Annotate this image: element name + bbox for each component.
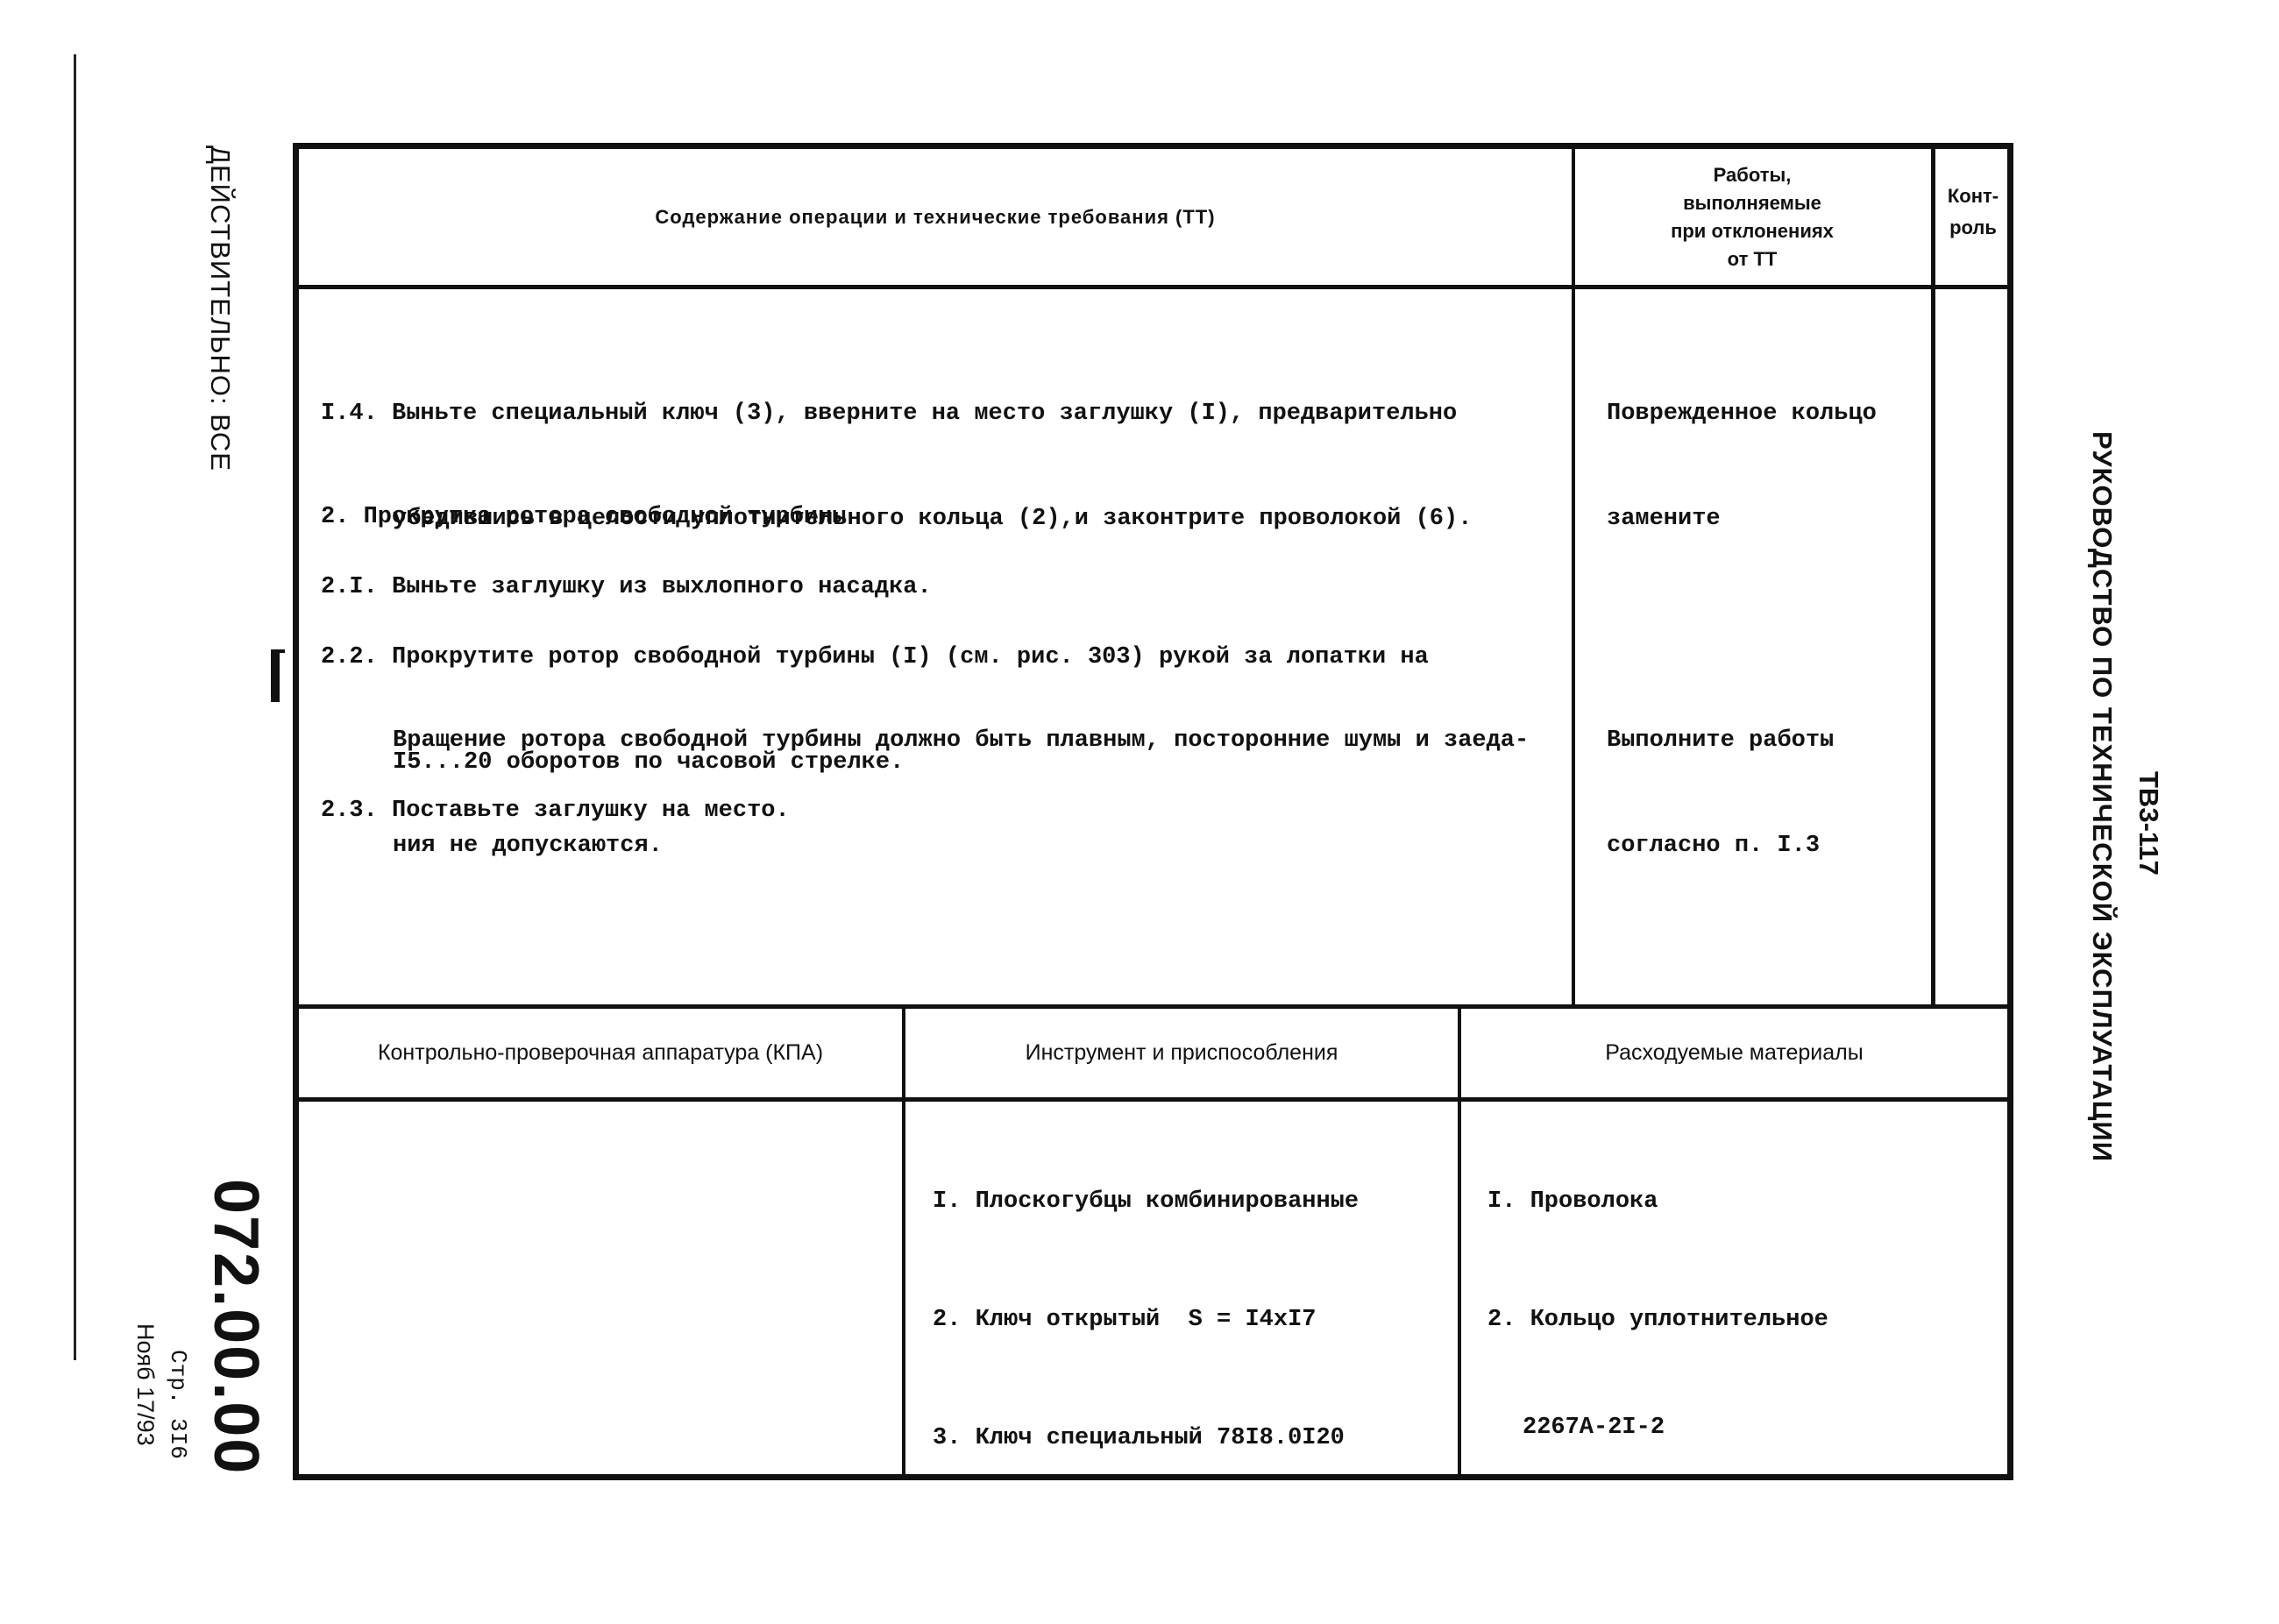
footer-header-equipment: Контрольно-проверочная аппаратура (КПА) <box>299 1008 902 1098</box>
header-line: от ТТ <box>1728 245 1778 273</box>
header-line: при отклонениях <box>1671 217 1834 245</box>
remark-line: Выполните работы <box>1607 723 1834 758</box>
header-divider <box>299 285 2007 289</box>
remark-line: согласно п. I.3 <box>1607 828 1834 863</box>
tool-item: 2. Ключ открытый S = I4xI7 <box>933 1296 1359 1344</box>
tools-list: I. Плоскогубцы комбинированные 2. Ключ о… <box>933 1108 1359 1533</box>
remark-line: замените <box>1607 501 1877 536</box>
operation-item: 2.3. Поставьте заглушку на место. <box>321 723 790 898</box>
change-bar-mark <box>271 649 280 702</box>
operation-line: 2.3. Поставьте заглушку на место. <box>321 793 790 828</box>
tool-item: I. Плоскогубцы комбинированные <box>933 1178 1359 1226</box>
binding-margin-line <box>74 54 76 1360</box>
page-number: Стр. 3I6 <box>165 1350 191 1459</box>
header-line: выполняемые <box>1683 189 1821 217</box>
materials-list: I. Проволока 2. Кольцо уплотнительное 22… <box>1487 1108 1828 1511</box>
deviation-remark: Выполните работы согласно п. I.3 <box>1607 653 1834 933</box>
footer-header-materials: Расходуемые материалы <box>1461 1008 2007 1098</box>
material-item-part-number: 2267А-2I-2 <box>1487 1415 1828 1441</box>
document-number: 072.00.00 <box>200 1179 272 1475</box>
operation-card-table: Содержание операции и технические требов… <box>293 143 2013 1480</box>
operation-line: I.4. Выньте специальный ключ (3), вверни… <box>321 396 1472 431</box>
revision-date: Нояб 17/93 <box>131 1323 159 1446</box>
tool-item: 3. Ключ специальный 78I8.0I20 <box>933 1415 1359 1463</box>
footer-header-tools: Инструмент и приспособления <box>905 1008 1458 1098</box>
remark-line: Поврежденное кольцо <box>1607 396 1877 431</box>
engine-model: ТВ3-117 <box>2133 771 2164 876</box>
header-line: Работы, <box>1714 161 1792 189</box>
header-line: роль <box>1949 212 1997 244</box>
header-line: Конт- <box>1948 181 1999 212</box>
validity-label: ДЕЙСТВИТЕЛЬНО: ВСЕ <box>204 145 236 472</box>
header-deviation-works: Работы, выполняемые при отклонениях от Т… <box>1572 149 1933 285</box>
deviation-remark: Поврежденное кольцо замените <box>1607 326 1877 606</box>
material-item: I. Проволока <box>1487 1178 1828 1226</box>
header-content: Содержание операции и технические требов… <box>299 149 1572 285</box>
material-item: 2. Кольцо уплотнительное <box>1487 1296 1828 1344</box>
header-control: Конт- роль <box>1935 149 2012 285</box>
manual-title: РУКОВОДСТВО ПО ТЕХНИЧЕСКОЙ ЭКСПЛУАТАЦИИ <box>2086 431 2118 1162</box>
